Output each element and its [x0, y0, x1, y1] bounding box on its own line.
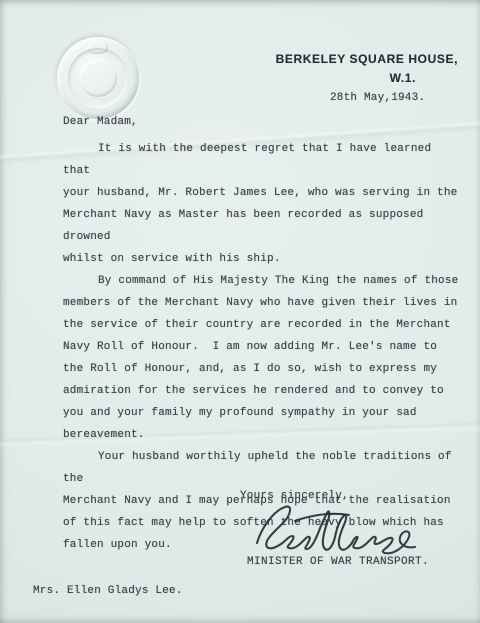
letter-document: BERKELEY SQUARE HOUSE, W.1. 28th May,194…	[0, 0, 480, 623]
salutation: Dear Madam,	[63, 116, 138, 128]
letter-date: 28th May,1943.	[330, 92, 425, 104]
signature-handwritten	[251, 498, 421, 556]
recipient-name: Mrs. Ellen Gladys Lee.	[33, 585, 183, 597]
signer-title: MINISTER OF WAR TRANSPORT.	[247, 556, 429, 568]
letterhead-district: W.1.	[390, 71, 416, 85]
embossed-seal-icon	[57, 37, 139, 119]
paragraph: It is with the deepest regret that I hav…	[63, 138, 465, 270]
seal-core	[79, 59, 117, 97]
letterhead-address: BERKELEY SQUARE HOUSE,	[276, 52, 458, 66]
paragraph: By command of His Majesty The King the n…	[63, 270, 465, 446]
